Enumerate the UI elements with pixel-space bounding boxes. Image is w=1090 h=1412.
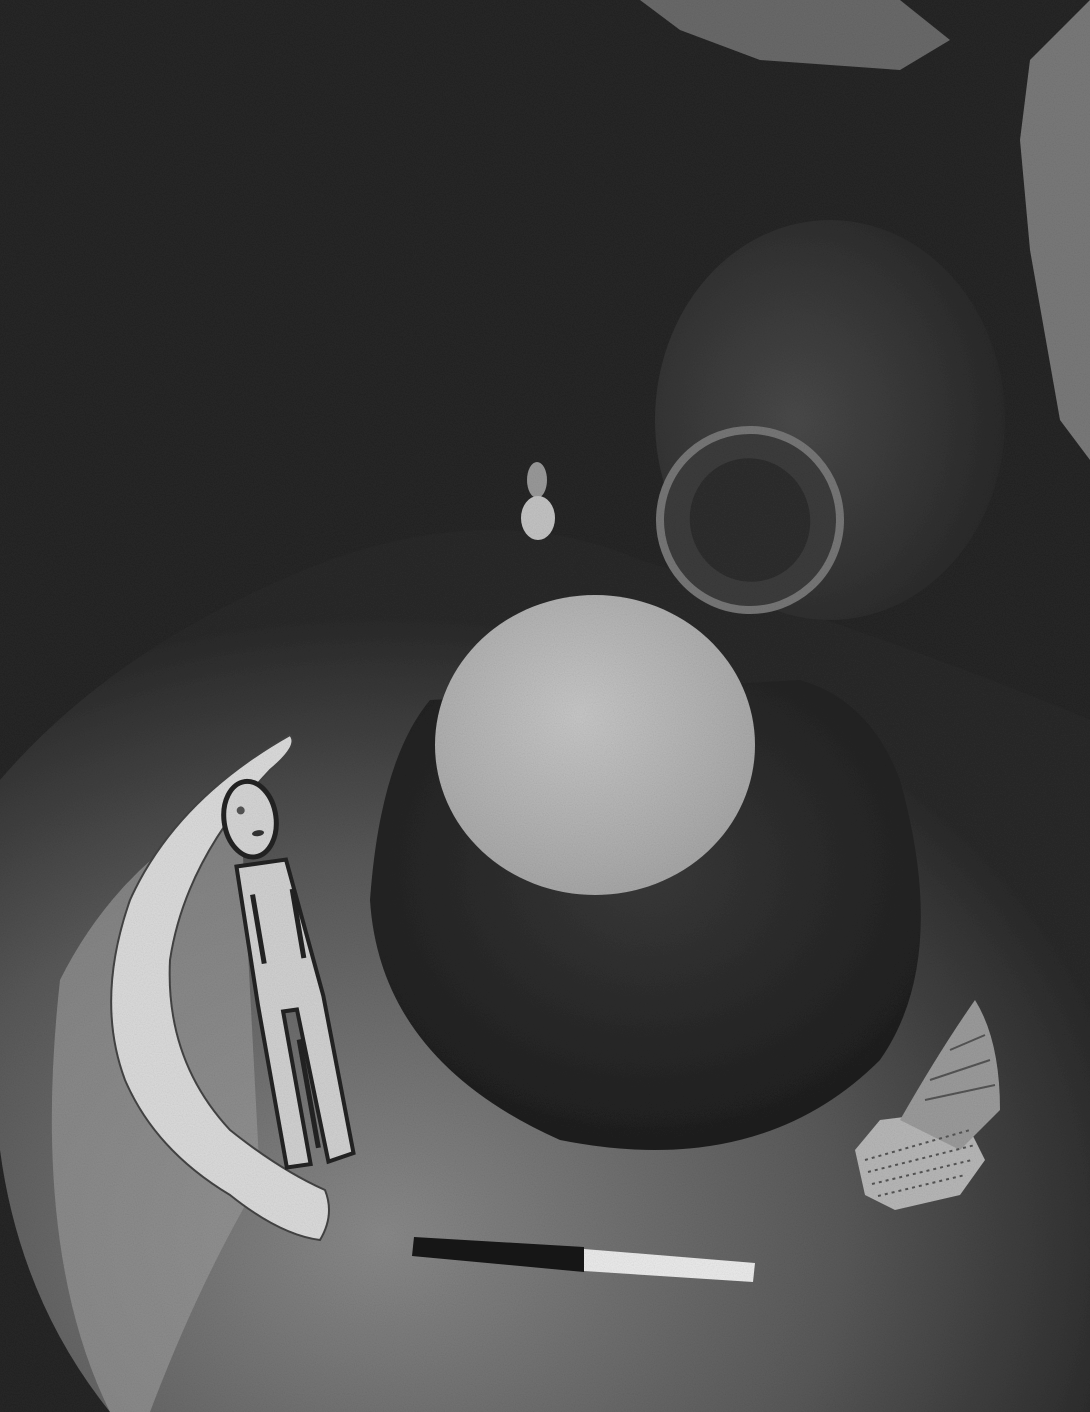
excavation-photo — [0, 0, 1090, 1412]
photo-canvas — [0, 0, 1090, 1412]
